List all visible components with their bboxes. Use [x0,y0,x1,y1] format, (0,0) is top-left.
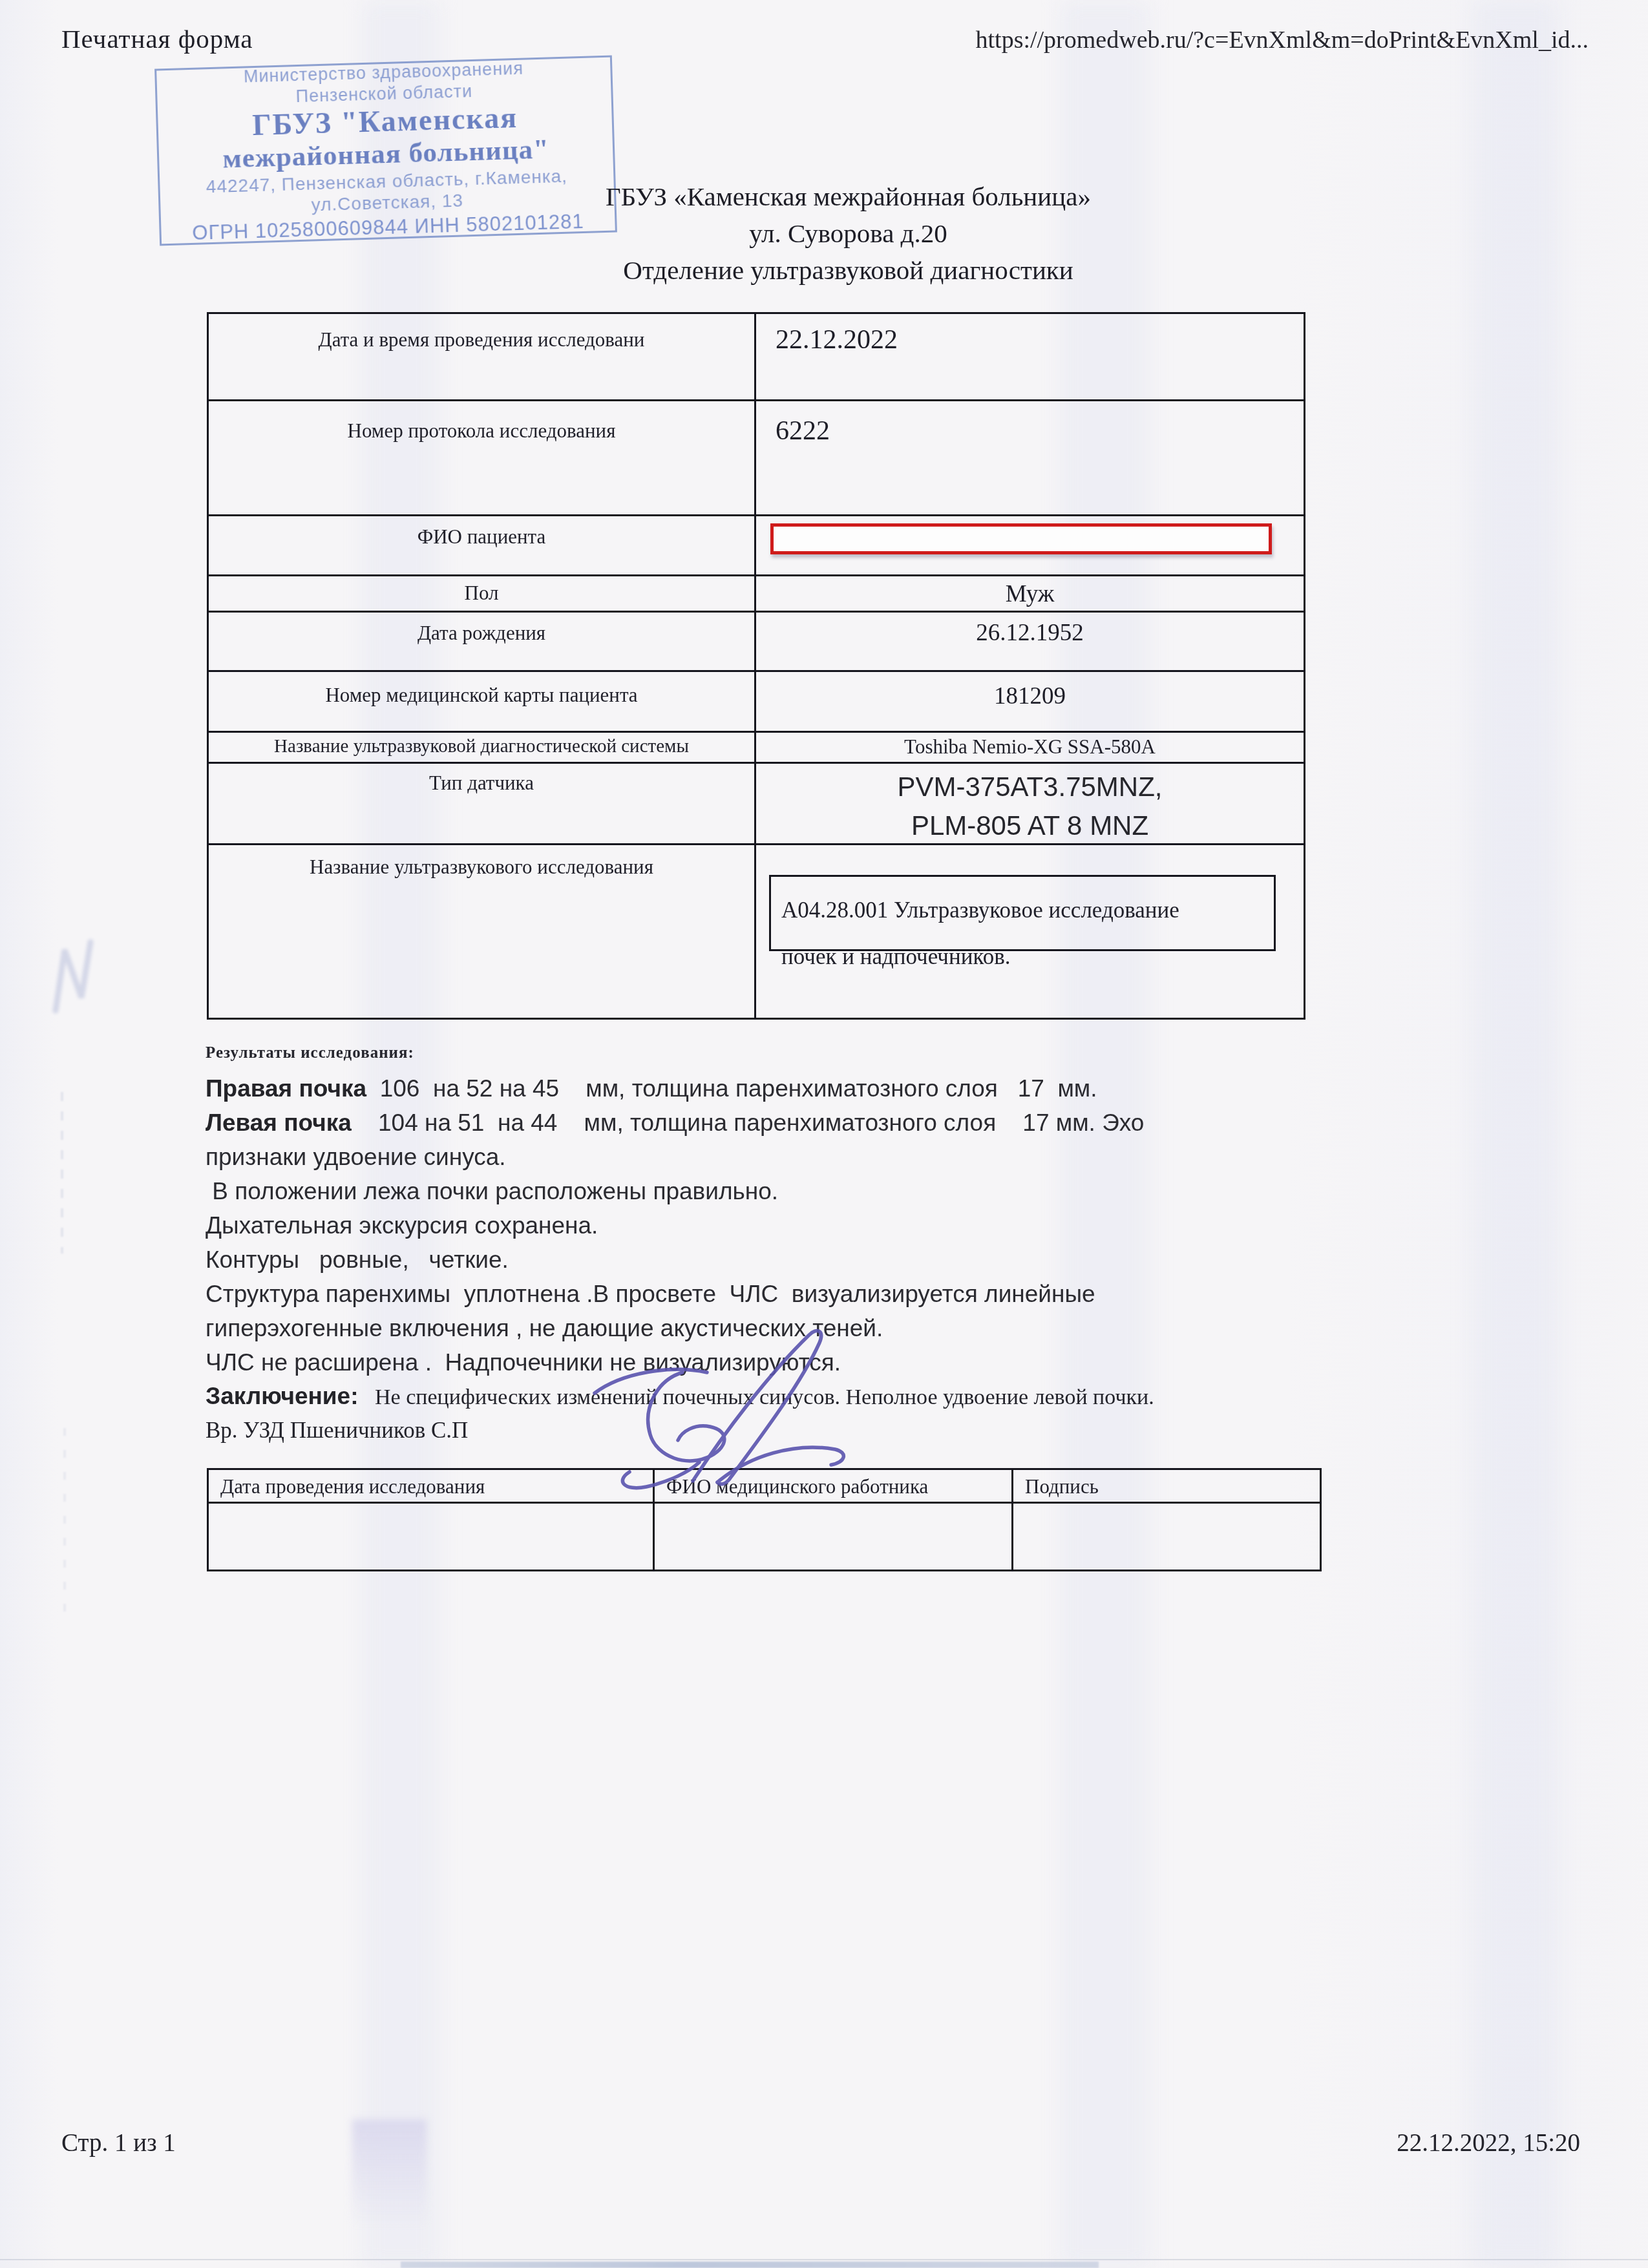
table-row: Номер медицинской карты пациента 181209 [209,670,1304,731]
study-date-value: 22.12.2022 [756,314,1304,399]
result-text: Контуры ровные, четкие. [206,1246,509,1273]
row-label: Тип датчика [209,764,756,843]
result-text: Дыхательная экскурсия сохранена. [206,1212,598,1239]
department-name: Отделение ультразвуковой диагностики [372,252,1325,289]
row-label: Пол [209,576,756,611]
study-name-box: А04.28.001 Ультразвуковое исследование п… [769,875,1276,951]
row-label: Номер медицинской карты пациента [209,672,756,731]
scan-band [1474,0,1558,2268]
result-line: Правая почка 106 на 52 на 45 мм, толщина… [206,1071,1472,1106]
result-text: В положении лежа почки расположены прави… [206,1178,778,1204]
row-label: ФИО пациента [209,516,756,574]
org-address: ул. Суворова д.20 [372,215,1325,252]
study-name-line2: почек и надпочечников. [781,934,1274,980]
signoff-col-signature: Подпись [1013,1470,1320,1502]
table-row: Название ультразвуковой диагностической … [209,731,1304,762]
result-text: Структура паренхимы уплотнена .В просвет… [206,1281,1095,1307]
document-title-block: ГБУЗ «Каменская межрайонная больница» ул… [372,178,1325,289]
signoff-empty-row [209,1504,1320,1570]
scan-smudge [50,938,96,1016]
result-line: В положении лежа почки расположены прави… [206,1174,1472,1208]
result-line: Левая почка 104 на 51 на 44 мм, толщина … [206,1106,1472,1140]
row-label: Дата рождения [209,613,756,670]
scan-streak [352,2119,427,2226]
table-row: Номер протокола исследования 6222 [209,399,1304,514]
patient-name-redaction-box [770,523,1272,554]
org-name: ГБУЗ «Каменская межрайонная больница» [372,178,1325,215]
row-label: Дата и время проведения исследовани [209,314,756,399]
result-line: Контуры ровные, четкие. [206,1243,1472,1277]
result-lead: Правая почка [206,1075,366,1102]
results-heading: Результаты исследования: [206,1044,1472,1062]
med-card-number-value: 181209 [756,672,1304,731]
conclusion-label: Заключение: [206,1383,358,1409]
print-page-url: https://promedweb.ru/?c=EvnXml&m=doPrint… [976,26,1589,54]
birth-date-value: 26.12.1952 [756,613,1304,670]
scan-edge-strip [401,2262,1099,2268]
table-row: Тип датчика PVM-375AT3.75MNZ, PLM-805 AT… [209,762,1304,843]
ultrasound-system-value: Toshiba Nemio-XG SSA-580A [756,733,1304,762]
print-form-label: Печатная форма [61,23,253,54]
result-text: 104 на 51 на 44 мм, толщина паренхиматоз… [352,1109,1145,1136]
probe-type-value: PVM-375AT3.75MNZ, PLM-805 AT 8 MNZ [756,764,1304,843]
scanned-ultrasound-report-page: Печатная форма https://promedweb.ru/?c=E… [0,0,1648,2268]
scan-edge-line [0,2259,1648,2260]
page-counter: Стр. 1 из 1 [61,2128,176,2158]
table-row: Название ультразвукового исследования А0… [209,843,1304,1018]
sex-value: Муж [756,576,1304,611]
scan-streak [63,1428,66,1622]
table-row: ФИО пациента [209,514,1304,574]
result-text: 106 на 52 на 45 мм, толщина паренхиматоз… [366,1075,1097,1102]
protocol-number-value: 6222 [756,401,1304,514]
result-line: Дыхательная экскурсия сохранена. [206,1208,1472,1243]
print-timestamp: 22.12.2022, 15:20 [1397,2128,1580,2158]
study-name-cell: А04.28.001 Ультразвуковое исследование п… [756,845,1304,1018]
study-info-table: Дата и время проведения исследовани 22.1… [207,312,1305,1020]
table-row: Дата и время проведения исследовани 22.1… [209,314,1304,399]
table-row: Пол Муж [209,574,1304,611]
signoff-empty-cell [655,1504,1013,1570]
study-name-line1: А04.28.001 Ультразвуковое исследование [781,887,1274,934]
result-text: признаки удвоение синуса. [206,1144,506,1170]
doctor-signature [555,1317,878,1504]
probe-type-line1: PVM-375AT3.75MNZ, [756,768,1304,806]
patient-name-cell [756,516,1304,574]
probe-type-line2: PLM-805 AT 8 MNZ [756,806,1304,845]
result-line: признаки удвоение синуса. [206,1140,1472,1174]
scan-streak [61,1092,63,1254]
result-lead: Левая почка [206,1109,352,1136]
result-line: Структура паренхимы уплотнена .В просвет… [206,1277,1472,1311]
signoff-empty-cell [1013,1504,1320,1570]
row-label: Название ультразвуковой диагностической … [209,733,756,762]
row-label: Номер протокола исследования [209,401,756,514]
table-row: Дата рождения 26.12.1952 [209,611,1304,670]
row-label: Название ультразвукового исследования [209,845,756,1018]
signoff-empty-cell [209,1504,655,1570]
